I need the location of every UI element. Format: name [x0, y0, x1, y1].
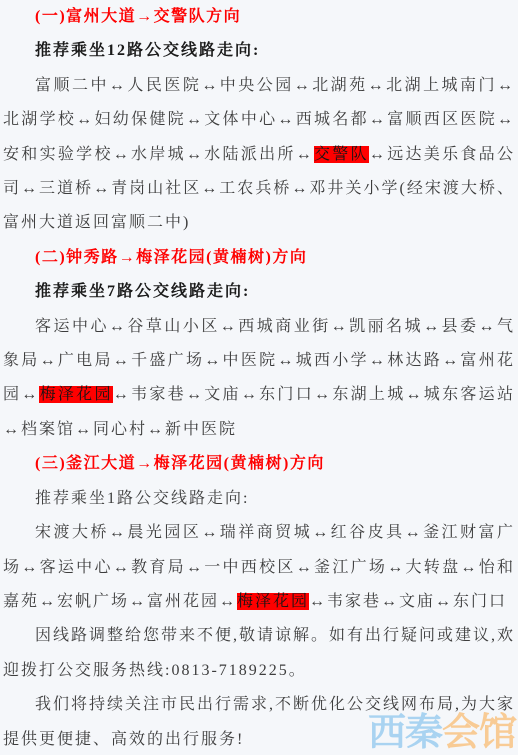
highlighted-stop: 梅泽花园 [237, 593, 309, 610]
section-2-heading: (二)钟秀路→梅泽花园(黄楠树)方向 [3, 241, 515, 275]
section-3-heading: (三)釜江大道→梅泽花园(黄楠树)方向 [3, 447, 515, 481]
section-1-route-paragraph: 富顺二中↔人民医院↔中央公园↔北湖苑↔北湖上城南门↔北湖学校↔妇幼保健院↔文体中… [3, 69, 515, 241]
closing-apology-paragraph: 因线路调整给您带来不便,敬请谅解。如有出行疑问或建议,欢迎拨打公交服务热线:08… [3, 619, 515, 688]
section-2-recommendation: 推荐乘坐7路公交线路走向: [3, 275, 515, 309]
route-segment: ↔韦家巷↔文庙↔东门口 [309, 593, 507, 610]
watermark: 西秦会馆 [368, 714, 516, 752]
notice-document: (一)富州大道→交警队方向 推荐乘坐12路公交线路走向: 富顺二中↔人民医院↔中… [0, 0, 518, 755]
section-2-route-paragraph: 客运中心↔谷草山小区↔西城商业街↔凯丽名城↔县委↔气象局↔广电局↔千盛广场↔中医… [3, 310, 515, 448]
highlighted-stop: 交警队 [314, 146, 369, 163]
section-3-recommendation: 推荐乘坐1路公交线路走向: [3, 482, 515, 516]
section-1-recommendation: 推荐乘坐12路公交线路走向: [3, 34, 515, 68]
section-3-route-paragraph: 宋渡大桥↔晨光园区↔瑞祥商贸城↔红谷皮具↔釜江财富广场↔客运中心↔教育局↔一中西… [3, 516, 515, 619]
watermark-part-orange: 会馆 [442, 712, 516, 754]
hotline-number: 0813-7189225 [171, 662, 288, 679]
highlighted-stop: 梅泽花园 [39, 386, 112, 403]
watermark-part-blue: 西秦 [368, 712, 442, 754]
section-1-heading: (一)富州大道→交警队方向 [3, 0, 515, 34]
apology-text-end: 。 [289, 662, 307, 679]
